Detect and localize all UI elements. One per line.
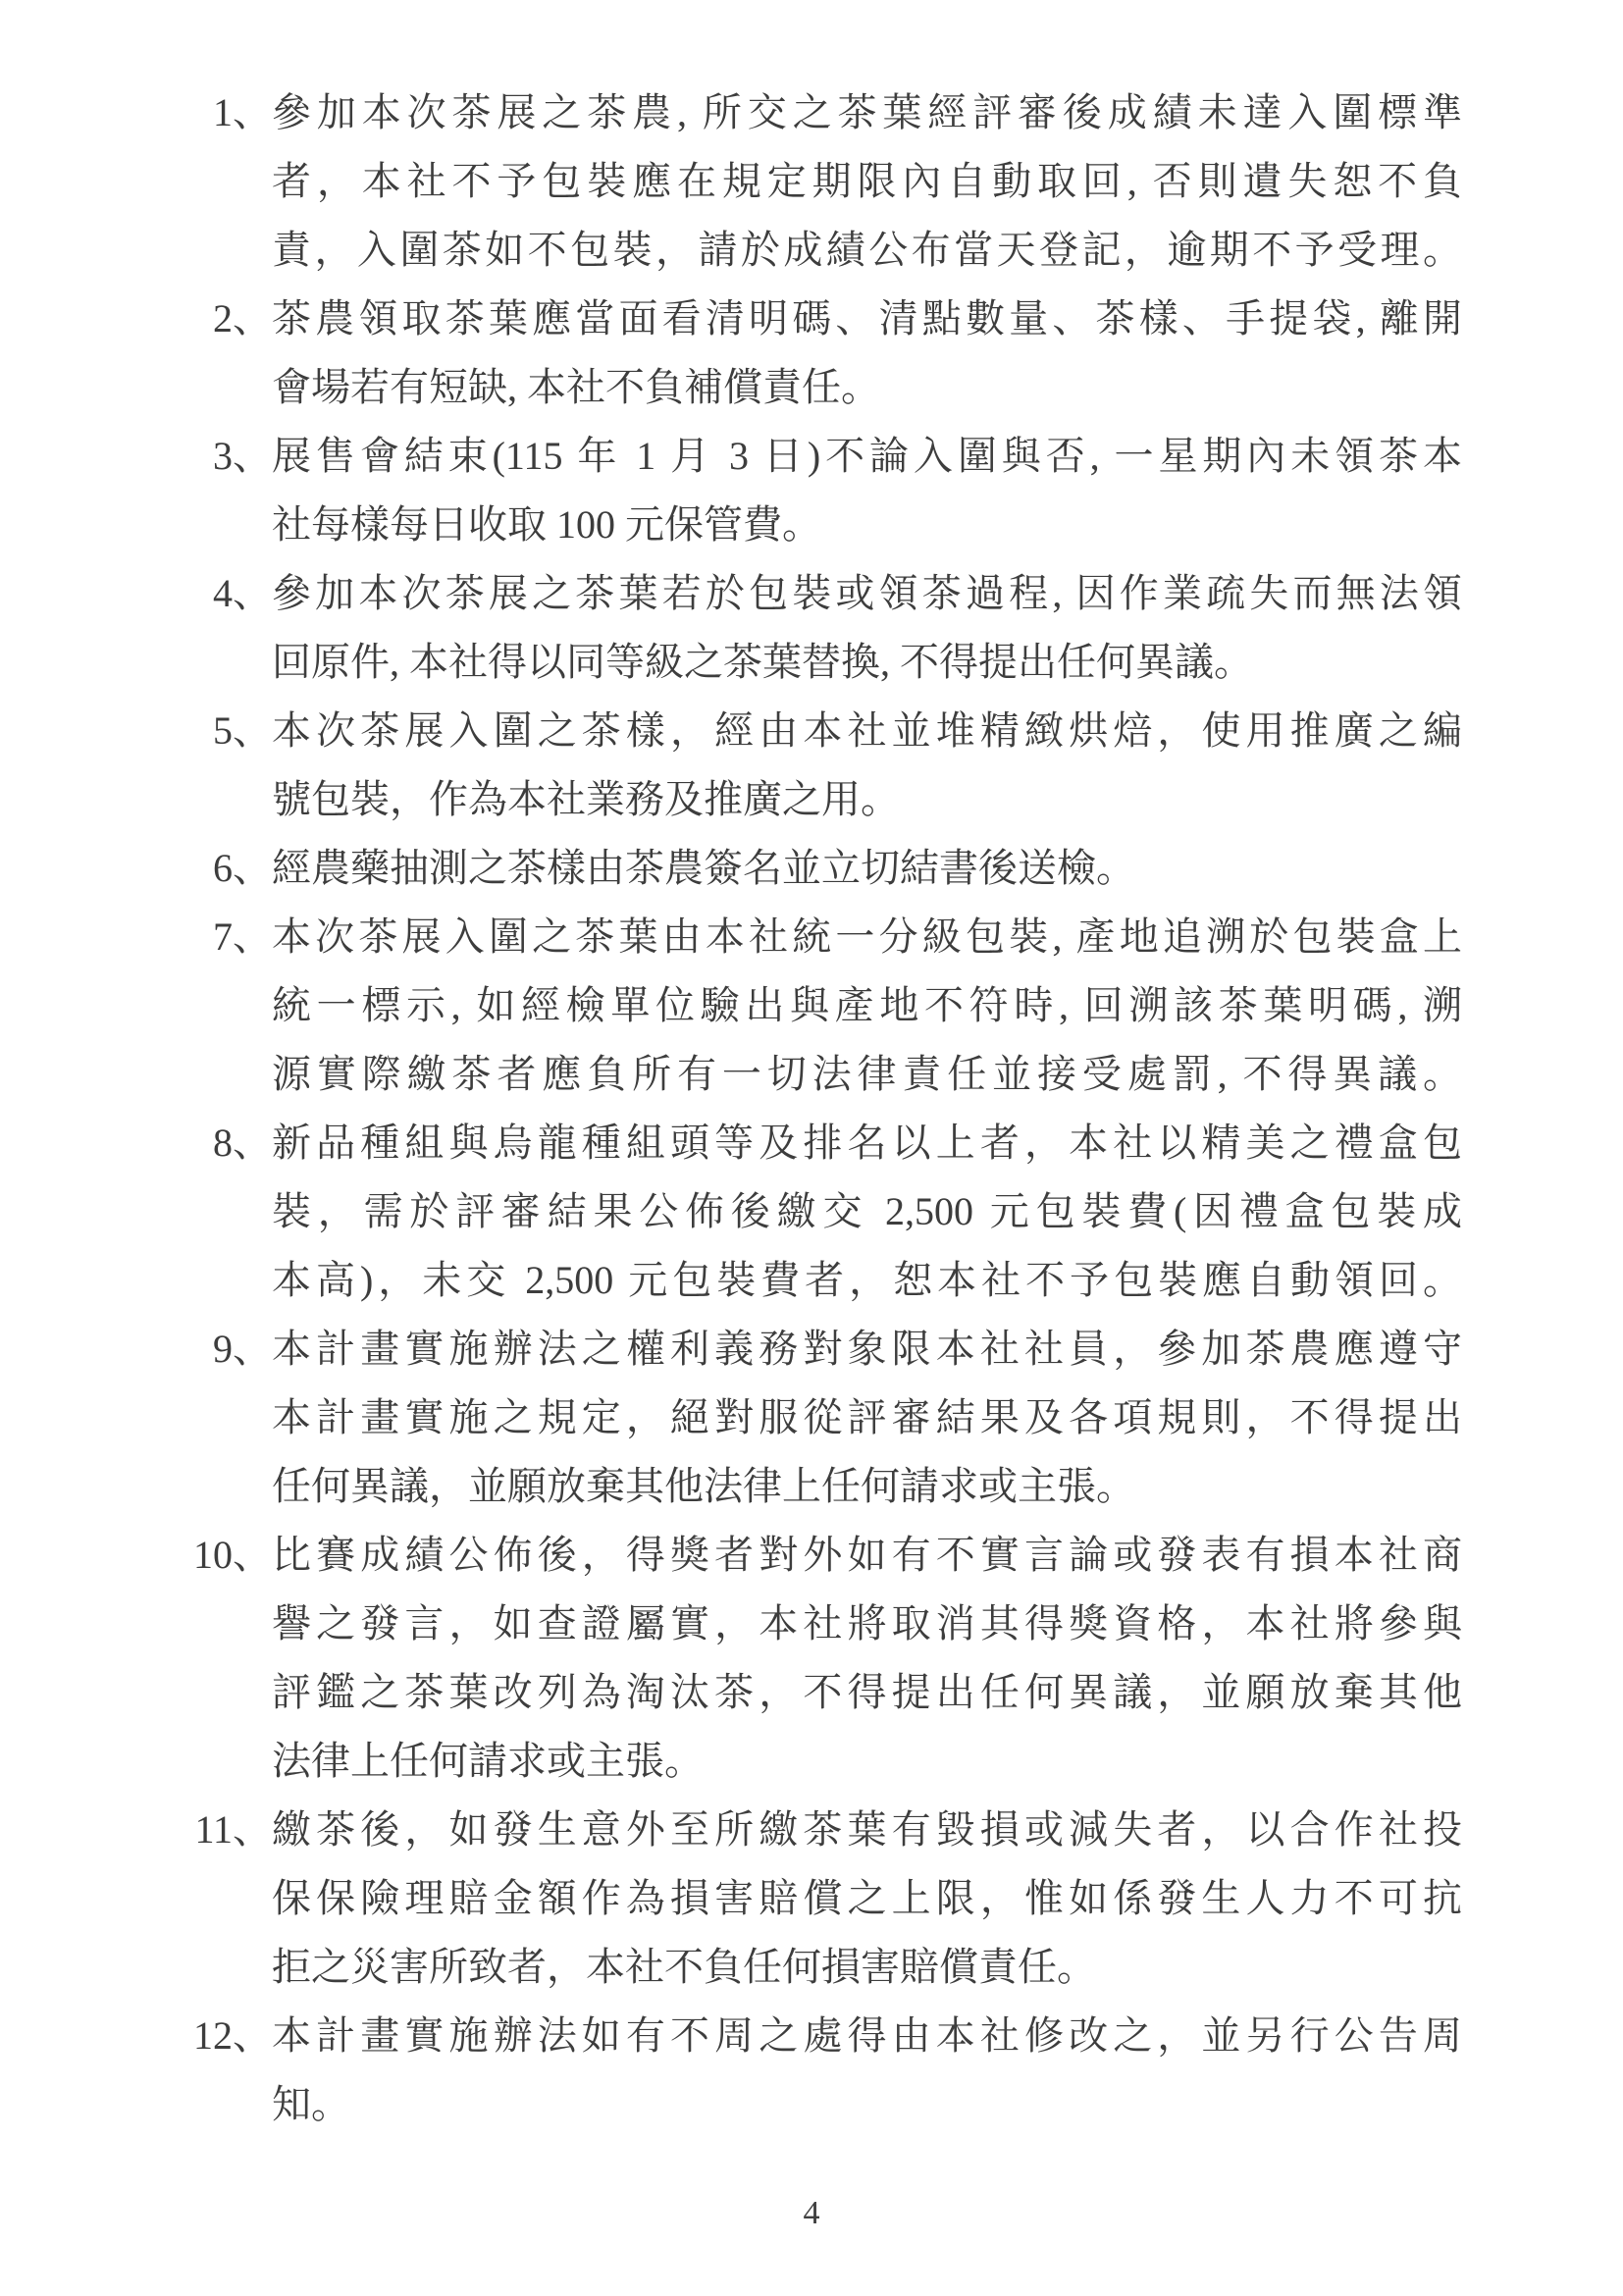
item-text: 茶農領取茶葉應當面看清明碼、清點數量、茶樣、手提袋, 離開 會場若有短缺, 本社…: [272, 285, 1462, 422]
item-number: 5、: [0, 697, 272, 765]
item-number: 9、: [0, 1315, 272, 1383]
list-item-10: 10、 比賽成績公佈後，得獎者對外如有不實言論或發表有損本社商 譽之發言，如查證…: [0, 1521, 1623, 1796]
item-text-line: 本計畫實施辦法如有不周之處得由本社修改之，並另行公告周: [272, 2002, 1462, 2070]
item-text: 參加本次茶展之茶葉若於包裝或領茶過程, 因作業疏失而無法領 回原件, 本社得以同…: [272, 559, 1462, 697]
item-number: 7、: [0, 903, 272, 971]
list-item-8: 8、 新品種組與烏龍種組頭等及排名以上者，本社以精美之禮盒包 裝，需於評審結果公…: [0, 1109, 1623, 1315]
item-number: 3、: [0, 422, 272, 491]
list-item-3: 3、 展售會結束(115 年 1 月 3 日)不論入圍與否, 一星期內未領茶本 …: [0, 422, 1623, 559]
item-number: 10、: [0, 1521, 272, 1590]
item-text: 繳茶後，如發生意外至所繳茶葉有毀損或減失者，以合作社投 保保險理賠金額作為損害賠…: [272, 1796, 1462, 2002]
item-text-line: 裝，需於評審結果公佈後繳交 2,500 元包裝費(因禮盒包裝成: [272, 1177, 1462, 1246]
item-text-line: 譽之發言，如查證屬實，本社將取消其得獎資格，本社將參與: [272, 1590, 1462, 1658]
item-text-line: 拒之災害所致者，本社不負任何損害賠償責任。: [272, 1933, 1462, 2002]
item-number: 1、: [0, 78, 272, 147]
list-item-4: 4、 參加本次茶展之茶葉若於包裝或領茶過程, 因作業疏失而無法領 回原件, 本社…: [0, 559, 1623, 697]
item-number: 11、: [0, 1796, 272, 1864]
item-text: 本計畫實施辦法之權利義務對象限本社社員，參加茶農應遵守 本計畫實施之規定，絕對服…: [272, 1315, 1462, 1521]
document-page: 1、 參加本次茶展之茶農, 所交之茶葉經評審後成績未達入圍標準 者，本社不予包裝…: [0, 0, 1623, 2296]
item-text-line: 參加本次茶展之茶葉若於包裝或領茶過程, 因作業疏失而無法領: [272, 559, 1462, 628]
item-text-line: 社每樣每日收取 100 元保管費。: [272, 491, 1462, 559]
rules-list: 1、 參加本次茶展之茶農, 所交之茶葉經評審後成績未達入圍標準 者，本社不予包裝…: [0, 78, 1623, 2139]
item-text-line: 繳茶後，如發生意外至所繳茶葉有毀損或減失者，以合作社投: [272, 1796, 1462, 1864]
list-item-12: 12、 本計畫實施辦法如有不周之處得由本社修改之，並另行公告周 知。: [0, 2002, 1623, 2139]
item-text-line: 會場若有短缺, 本社不負補償責任。: [272, 353, 1462, 422]
item-text: 本次茶展入圍之茶樣，經由本社並堆精緻烘焙，使用推廣之編 號包裝，作為本社業務及推…: [272, 697, 1462, 834]
item-text-line: 回原件, 本社得以同等級之茶葉替換, 不得提出任何異議。: [272, 628, 1462, 697]
item-text-line: 保保險理賠金額作為損害賠償之上限，惟如係發生人力不可抗: [272, 1864, 1462, 1933]
item-text: 經農藥抽測之茶樣由茶農簽名並立切結書後送檢。: [272, 834, 1462, 903]
item-number: 4、: [0, 559, 272, 628]
item-text-line: 經農藥抽測之茶樣由茶農簽名並立切結書後送檢。: [272, 834, 1462, 903]
item-text-line: 號包裝，作為本社業務及推廣之用。: [272, 765, 1462, 834]
list-item-11: 11、 繳茶後，如發生意外至所繳茶葉有毀損或減失者，以合作社投 保保險理賠金額作…: [0, 1796, 1623, 2002]
item-text: 本次茶展入圍之茶葉由本社統一分級包裝, 產地追溯於包裝盒上 統一標示, 如經檢單…: [272, 903, 1462, 1109]
list-item-5: 5、 本次茶展入圍之茶樣，經由本社並堆精緻烘焙，使用推廣之編 號包裝，作為本社業…: [0, 697, 1623, 834]
item-text-line: 本次茶展入圍之茶葉由本社統一分級包裝, 產地追溯於包裝盒上: [272, 903, 1462, 971]
item-text-line: 茶農領取茶葉應當面看清明碼、清點數量、茶樣、手提袋, 離開: [272, 285, 1462, 353]
item-text-line: 展售會結束(115 年 1 月 3 日)不論入圍與否, 一星期內未領茶本: [272, 422, 1462, 491]
item-text-line: 本次茶展入圍之茶樣，經由本社並堆精緻烘焙，使用推廣之編: [272, 697, 1462, 765]
item-text-line: 本計畫實施之規定，絕對服從評審結果及各項規則，不得提出: [272, 1383, 1462, 1452]
item-text-line: 新品種組與烏龍種組頭等及排名以上者，本社以精美之禮盒包: [272, 1109, 1462, 1177]
item-text-line: 評鑑之茶葉改列為淘汰茶，不得提出任何異議，並願放棄其他: [272, 1658, 1462, 1727]
item-text-line: 本高)，未交 2,500 元包裝費者，恕本社不予包裝應自動領回。: [272, 1246, 1462, 1315]
item-number: 12、: [0, 2002, 272, 2070]
item-text-line: 源實際繳茶者應負所有一切法律責任並接受處罰, 不得異議。: [272, 1040, 1462, 1109]
item-number: 6、: [0, 834, 272, 903]
page-number: 4: [0, 2194, 1623, 2233]
item-text-line: 任何異議，並願放棄其他法律上任何請求或主張。: [272, 1452, 1462, 1521]
item-text: 本計畫實施辦法如有不周之處得由本社修改之，並另行公告周 知。: [272, 2002, 1462, 2139]
item-text-line: 比賽成績公佈後，得獎者對外如有不實言論或發表有損本社商: [272, 1521, 1462, 1590]
item-text: 比賽成績公佈後，得獎者對外如有不實言論或發表有損本社商 譽之發言，如查證屬實，本…: [272, 1521, 1462, 1796]
item-text-line: 知。: [272, 2070, 1462, 2139]
item-number: 2、: [0, 285, 272, 353]
item-text-line: 者，本社不予包裝應在規定期限內自動取回, 否則遺失恕不負: [272, 147, 1462, 216]
list-item-9: 9、 本計畫實施辦法之權利義務對象限本社社員，參加茶農應遵守 本計畫實施之規定，…: [0, 1315, 1623, 1521]
item-text: 新品種組與烏龍種組頭等及排名以上者，本社以精美之禮盒包 裝，需於評審結果公佈後繳…: [272, 1109, 1462, 1315]
item-text: 展售會結束(115 年 1 月 3 日)不論入圍與否, 一星期內未領茶本 社每樣…: [272, 422, 1462, 559]
item-text-line: 本計畫實施辦法之權利義務對象限本社社員，參加茶農應遵守: [272, 1315, 1462, 1383]
list-item-2: 2、 茶農領取茶葉應當面看清明碼、清點數量、茶樣、手提袋, 離開 會場若有短缺,…: [0, 285, 1623, 422]
item-text: 參加本次茶展之茶農, 所交之茶葉經評審後成績未達入圍標準 者，本社不予包裝應在規…: [272, 78, 1462, 285]
list-item-6: 6、 經農藥抽測之茶樣由茶農簽名並立切結書後送檢。: [0, 834, 1623, 903]
list-item-7: 7、 本次茶展入圍之茶葉由本社統一分級包裝, 產地追溯於包裝盒上 統一標示, 如…: [0, 903, 1623, 1109]
item-text-line: 統一標示, 如經檢單位驗出與產地不符時, 回溯該茶葉明碼, 溯: [272, 971, 1462, 1040]
item-text-line: 責，入圍茶如不包裝，請於成績公布當天登記，逾期不予受理。: [272, 216, 1462, 285]
item-number: 8、: [0, 1109, 272, 1177]
list-item-1: 1、 參加本次茶展之茶農, 所交之茶葉經評審後成績未達入圍標準 者，本社不予包裝…: [0, 78, 1623, 285]
item-text-line: 參加本次茶展之茶農, 所交之茶葉經評審後成績未達入圍標準: [272, 78, 1462, 147]
item-text-line: 法律上任何請求或主張。: [272, 1727, 1462, 1796]
